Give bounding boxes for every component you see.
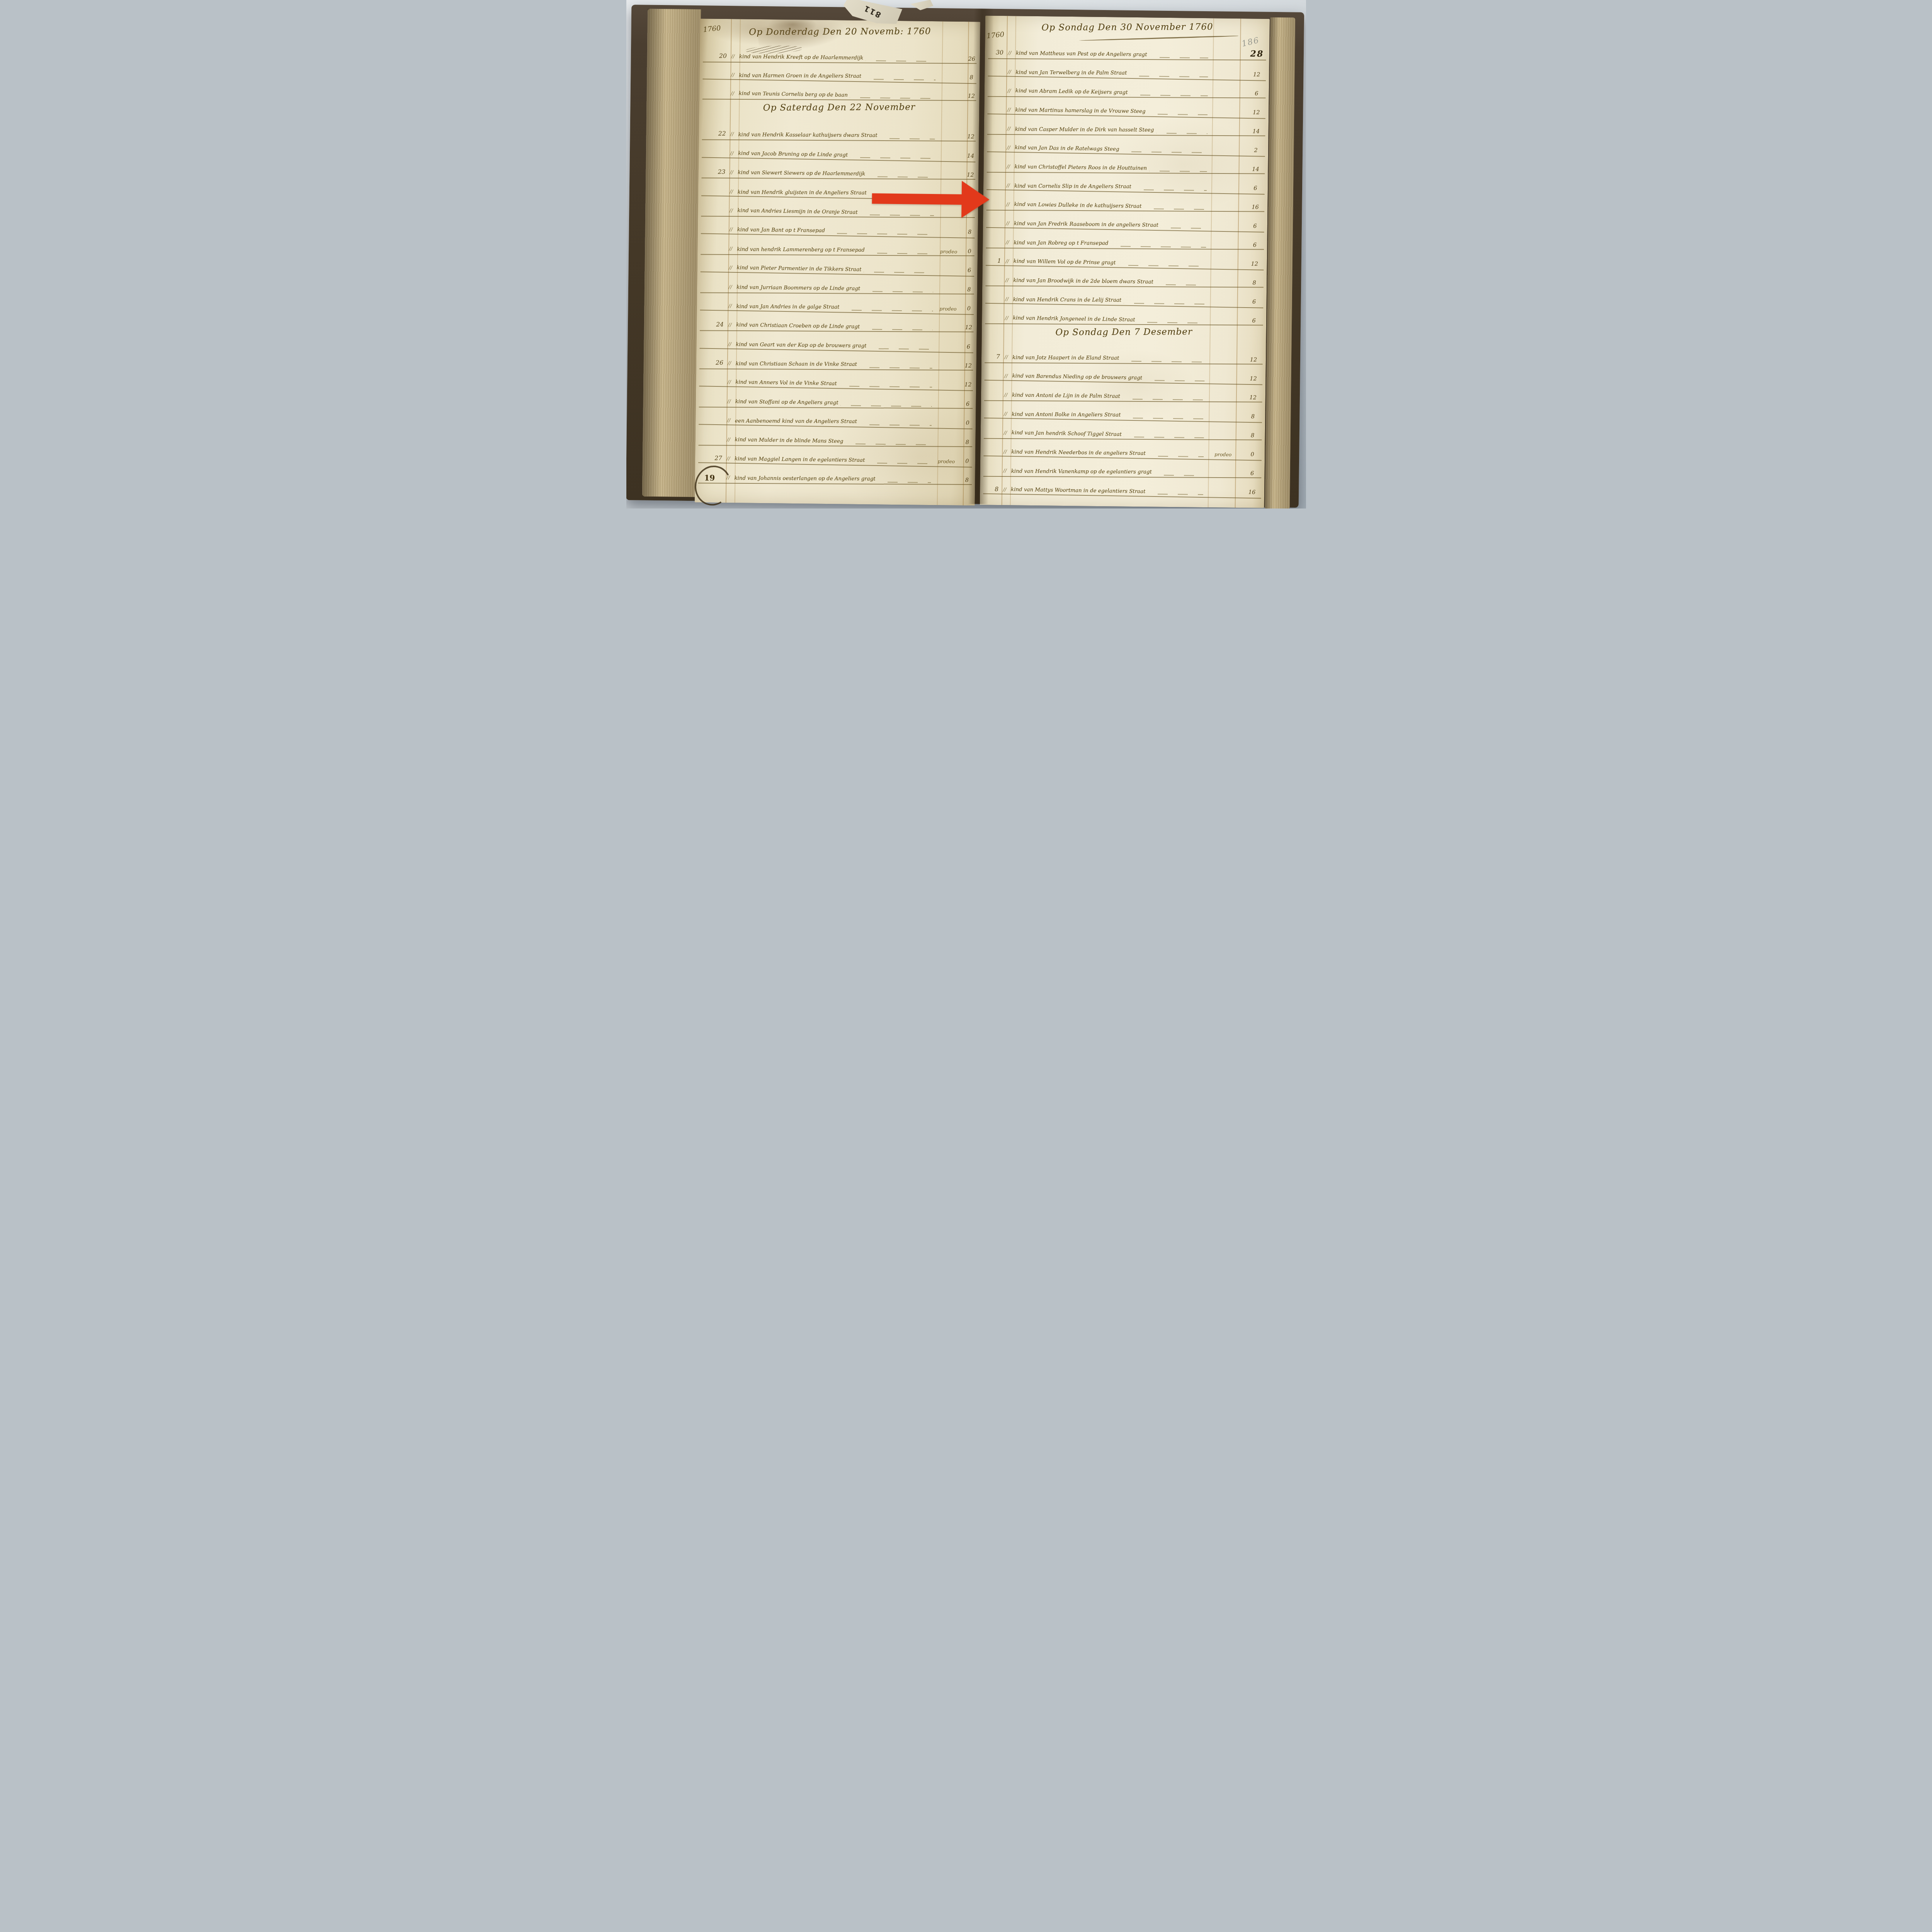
filler-dashes xyxy=(1149,167,1207,172)
entry-day-number xyxy=(695,442,724,443)
entry-day-number: 24 xyxy=(696,321,725,328)
entry-amount: 12 xyxy=(960,325,976,331)
entry-text: kind van Mulder in de blinde Mans Steeg xyxy=(733,437,843,444)
entry-text: kind van Stoffani op de Angeliers gragt xyxy=(733,399,838,406)
entry-fee-note: prodeo xyxy=(935,306,961,312)
register-entry-row: //een Aanbenoemd kind van de Angeliers S… xyxy=(695,407,976,429)
entry-day-number xyxy=(696,404,724,405)
entry-text: kind van Cornelis Slip in de Angeliers S… xyxy=(1013,183,1131,190)
register-entry-row: //kind van Geart van der Kop op de brouw… xyxy=(696,330,977,353)
entry-day-number xyxy=(697,252,726,252)
filler-dashes xyxy=(867,172,934,178)
filler-dashes xyxy=(1129,72,1208,77)
entry-day-number xyxy=(980,473,1000,474)
filler-dashes xyxy=(1121,148,1207,153)
register-entry-row: //kind van Jan Fredrik Raaseboom in de a… xyxy=(983,210,1267,232)
ditto-mark: // xyxy=(1005,50,1014,56)
ditto-mark: // xyxy=(727,170,736,175)
entry-text: kind van Jacob Bruning op de Linde gragt xyxy=(736,150,848,158)
ditto-mark: // xyxy=(725,303,735,309)
entry-text: kind van hendrik Lammerenberg op t Frans… xyxy=(735,247,865,253)
entry-fee-note xyxy=(1210,77,1244,78)
entry-fee-note: prodeo xyxy=(936,248,961,255)
entry-text: kind van Hendrik Crans in de Lelij Straa… xyxy=(1011,297,1121,303)
entry-amount: 0 xyxy=(959,420,976,426)
arrow-head xyxy=(961,181,990,218)
entry-fee-note xyxy=(933,483,959,484)
register-page-left: 1760 Op Donderdag Den 20 Novemb: 176020/… xyxy=(694,19,980,505)
ditto-mark: // xyxy=(724,399,733,405)
entry-amount: 12 xyxy=(963,93,979,99)
filler-dashes xyxy=(1155,281,1206,286)
entry-day-number: 1 xyxy=(982,257,1002,265)
entry-amount: 16 xyxy=(1243,204,1267,211)
entry-day-number: 7 xyxy=(981,353,1001,361)
entry-day-number xyxy=(980,435,1000,436)
entry-amount: 6 xyxy=(1242,299,1266,305)
entry-fee-note xyxy=(1206,495,1240,495)
entry-amount: 0 xyxy=(1240,451,1265,458)
filler-dashes xyxy=(1149,53,1208,58)
ditto-mark: // xyxy=(1003,221,1012,226)
entry-fee-note xyxy=(1207,304,1242,305)
filler-dashes xyxy=(839,382,932,388)
ditto-mark: // xyxy=(1000,487,1009,493)
entry-amount: 6 xyxy=(1242,223,1267,230)
filler-dashes xyxy=(1124,433,1204,438)
entry-amount: 12 xyxy=(1240,395,1265,401)
ditto-mark: // xyxy=(724,379,734,385)
ditto-mark: // xyxy=(725,322,734,328)
ditto-mark: // xyxy=(728,54,737,60)
entry-text: kind van Antoni de Lijn in de Palm Straa… xyxy=(1010,392,1120,399)
entry-day-number xyxy=(984,132,1004,132)
entry-fee-note xyxy=(937,178,962,178)
year-margin-note: 1760 xyxy=(702,24,721,34)
entry-day-number: 8 xyxy=(980,485,1000,493)
entry-amount: 28 xyxy=(1244,49,1269,59)
entry-amount: 12 xyxy=(1244,109,1269,116)
entry-day-number xyxy=(981,417,1001,417)
register-entry-row: //kind van Abram Ledik op de Keijsers gr… xyxy=(984,78,1269,100)
entry-fee-note xyxy=(934,388,960,388)
register-entry-row: //kind van Cornelis Slip in de Angeliers… xyxy=(983,172,1268,194)
entry-amount: 8 xyxy=(961,286,977,293)
entry-amount: 6 xyxy=(1243,185,1267,192)
register-entry-row: //kind van Hendrik Vanenkamp op de egela… xyxy=(980,457,1265,479)
ditto-mark: // xyxy=(725,284,735,290)
ditto-mark: // xyxy=(1000,468,1009,474)
entry-text: kind van Geart van der Kop op de brouwer… xyxy=(734,342,866,349)
entry-fee-note xyxy=(1206,419,1240,420)
ditto-mark: // xyxy=(725,342,734,347)
ditto-mark: // xyxy=(1001,411,1010,417)
entry-text: een Aanbenoemd kind van de Angeliers Str… xyxy=(733,418,857,425)
ditto-mark: // xyxy=(724,437,733,443)
entry-day-number xyxy=(984,94,1004,94)
ditto-mark: // xyxy=(728,72,737,78)
entry-fee-note xyxy=(936,235,961,235)
entry-text: kind van Jan Terwelberg in de Palm Straa… xyxy=(1014,70,1127,76)
entry-amount: 8 xyxy=(959,477,975,483)
entry-amount: 14 xyxy=(962,153,978,159)
ditto-mark: // xyxy=(1004,126,1013,132)
entry-amount: 6 xyxy=(1242,242,1267,248)
entry-text: kind van Christiaan Croeben op de Linde … xyxy=(734,322,860,330)
entry-amount: 14 xyxy=(1243,166,1268,173)
ditto-mark: // xyxy=(1004,88,1014,94)
entry-amount: 6 xyxy=(1244,90,1269,97)
ditto-mark: // xyxy=(726,227,735,233)
entry-amount: 16 xyxy=(1240,489,1264,496)
filler-dashes xyxy=(879,134,935,140)
open-register-book: 1760 Op Donderdag Den 20 Novemb: 176020/… xyxy=(626,5,1304,508)
entry-amount: 8 xyxy=(961,229,978,235)
entry-fee-note xyxy=(1209,134,1243,134)
page-marker-number: 19 xyxy=(704,473,715,482)
register-entry-row: 27//kind van Maggiel Langen in de egelan… xyxy=(695,445,975,468)
ditto-mark: // xyxy=(1005,69,1014,75)
register-entry-row: //kind van Stoffani op de Angeliers grag… xyxy=(696,388,976,410)
filler-dashes xyxy=(850,94,935,99)
register-entry-row: //kind van Jan Broodwijk in de 2de bloem… xyxy=(982,267,1267,289)
register-entry-row: //kind van Jan Bant op t Fransepad8 xyxy=(697,216,978,238)
entry-amount: 6 xyxy=(1242,318,1266,324)
filler-dashes xyxy=(1144,204,1206,210)
entry-text: kind van Abram Ledik op de Keijsers grag… xyxy=(1014,88,1128,96)
filler-dashes xyxy=(1160,224,1206,229)
entry-fee-note xyxy=(934,369,960,369)
filler-dashes xyxy=(845,439,931,445)
filler-dashes xyxy=(862,287,933,293)
entry-text: kind van Hendrik Kasselaar kathuijsers d… xyxy=(736,132,877,139)
entry-day-number xyxy=(981,398,1001,398)
filler-dashes xyxy=(850,153,935,158)
register-entry-row: //kind van hendrik Lammerenberg op t Fra… xyxy=(697,235,978,257)
ditto-mark: // xyxy=(1001,373,1010,379)
entry-amount: 0 xyxy=(959,458,975,464)
register-entry-row: //kind van Anners Vol in de Vinke Straat… xyxy=(696,369,976,391)
register-page-right: 1760 186 Op Sondag Den 30 November 17603… xyxy=(980,16,1269,508)
entry-amount: 12 xyxy=(960,363,976,369)
filler-dashes xyxy=(1148,490,1203,495)
entry-fee-note xyxy=(934,426,959,426)
entry-text: kind van Jan Robreg op t Fransepad xyxy=(1012,240,1108,246)
filler-dashes xyxy=(1137,318,1205,323)
entry-text: kind van Pieter Parmentier in de Tikkers… xyxy=(735,265,861,273)
entry-amount: 12 xyxy=(1242,261,1267,267)
entry-text: kind van Teunis Cornelis berg op de baan xyxy=(737,91,847,98)
entry-fee-note: prodeo xyxy=(1206,451,1240,457)
entry-text: kind van Hendrik Kreeft op de Haarlemmer… xyxy=(737,54,863,61)
entry-day-number: 22 xyxy=(699,130,727,138)
ditto-mark: // xyxy=(724,361,734,366)
entry-amount: 8 xyxy=(1240,432,1265,439)
filler-dashes xyxy=(1148,110,1207,115)
entry-amount: 8 xyxy=(963,75,980,81)
register-entry-row: //kind van Christoffel Pieters Roos in d… xyxy=(983,153,1268,175)
entry-fee-note: prodeo xyxy=(933,458,959,464)
year-margin-note: 1760 xyxy=(986,31,1005,40)
register-entry-row: //kind van Barendus Nieding op de brouwe… xyxy=(981,362,1266,384)
ditto-mark: // xyxy=(1004,145,1013,151)
ditto-mark: // xyxy=(1002,277,1012,283)
register-entry-row: //kind van Harmen Groen in de Angeliers … xyxy=(699,62,980,83)
register-entry-row: //kind van Antoni de Lijn in de Palm Str… xyxy=(981,381,1265,403)
entry-fee-note xyxy=(1208,267,1242,267)
entry-day-number xyxy=(985,75,1005,75)
entry-amount: 12 xyxy=(963,134,979,140)
filler-dashes xyxy=(1145,376,1204,381)
entry-fee-note xyxy=(1210,115,1244,116)
register-entry-row: //kind van Jan Robreg op t Fransepad6 xyxy=(983,229,1267,251)
entry-text: kind van Hendrik Neederbos in de angelie… xyxy=(1010,449,1146,456)
entry-text: kind van Christoffel Pieters Roos in de … xyxy=(1013,164,1147,171)
red-annotation-arrow xyxy=(872,180,990,218)
entry-fee-note xyxy=(937,99,963,99)
entry-day-number xyxy=(696,385,724,386)
entry-text: kind van Hendrik Vanenkamp op de egelant… xyxy=(1009,468,1151,475)
entry-day-number xyxy=(982,302,1002,303)
entry-text: kind van Johannis oesterlangen op de Ang… xyxy=(733,476,875,482)
entry-day-number xyxy=(697,290,725,290)
entry-fee-note xyxy=(1206,438,1240,439)
entry-fee-note xyxy=(935,330,960,331)
ditto-mark: // xyxy=(728,91,737,97)
entry-amount: 12 xyxy=(1241,357,1265,363)
filler-dashes xyxy=(840,401,932,407)
entry-amount: 12 xyxy=(1241,376,1265,382)
section-heading: Op Sondag Den 30 November 1760 xyxy=(985,20,1269,42)
register-entry-row: //kind van Jan hendrik Schoof Tiggel Str… xyxy=(980,419,1265,441)
entry-day-number xyxy=(697,270,726,271)
arrow-shaft xyxy=(872,193,964,205)
ditto-mark: // xyxy=(1002,259,1012,264)
ditto-mark: // xyxy=(1002,315,1011,321)
entry-text: kind van Willem Vol op de Prinse gragt xyxy=(1012,259,1116,266)
entry-day-number xyxy=(696,347,725,347)
entry-fee-note xyxy=(934,445,959,446)
ditto-mark: // xyxy=(726,265,735,271)
section-heading: Op Saterdag Den 22 November xyxy=(699,100,979,123)
register-entry-row: //kind van Jan Andries in de galge Straa… xyxy=(697,293,977,315)
entry-text: kind van Casper Mulder in de Dirk van ha… xyxy=(1013,127,1154,133)
entry-day-number xyxy=(699,78,728,78)
entry-fee-note xyxy=(1208,286,1242,286)
entry-day-number xyxy=(698,156,727,156)
register-entry-row: //kind van Hendrik Crans in de Lelij Str… xyxy=(982,286,1267,308)
filler-dashes xyxy=(867,459,931,464)
entry-amount: 2 xyxy=(1243,147,1268,154)
register-entry-row: //kind van Teunis Cornelis berg op de ba… xyxy=(699,80,979,102)
entry-amount: 8 xyxy=(959,439,975,446)
register-entry-row: 26//kind van Christiaan Schaan in de Vin… xyxy=(696,350,976,372)
entry-day-number xyxy=(984,113,1004,113)
entry-text: kind van Andries Liesmijn in de Oranje S… xyxy=(736,208,858,216)
entry-day-number xyxy=(696,423,724,423)
entry-fee-note xyxy=(934,407,959,407)
entry-amount: 12 xyxy=(960,382,976,388)
entry-day-number xyxy=(984,151,1004,151)
ditto-mark: // xyxy=(1000,430,1010,436)
entry-day-number xyxy=(697,232,726,233)
entry-fee-note xyxy=(935,273,961,274)
register-entry-row: //kind van Lowies Dulleke in de kathuijs… xyxy=(983,191,1268,213)
ditto-mark: // xyxy=(1002,296,1011,302)
entry-day-number xyxy=(698,213,726,214)
entry-amount: 6 xyxy=(959,401,976,407)
entry-text: kind van Jan Fredrik Raaseboom in de ang… xyxy=(1012,221,1158,228)
entry-fee-note xyxy=(1209,172,1243,172)
filler-dashes xyxy=(1118,261,1206,267)
entry-day-number xyxy=(699,96,728,97)
entry-fee-note xyxy=(938,62,963,62)
filler-dashes xyxy=(1111,242,1206,248)
entry-fee-note xyxy=(1206,400,1240,401)
filler-dashes xyxy=(859,363,932,369)
filler-dashes xyxy=(867,249,933,254)
entry-text: kind van Siewert Siewers op de Haarlemme… xyxy=(736,170,865,177)
ditto-mark: // xyxy=(1003,164,1013,170)
entry-text: kind van Jan Das in de Ratelwags Steeg xyxy=(1013,145,1119,152)
ditto-mark: // xyxy=(1003,183,1012,189)
entry-fee-note xyxy=(935,350,960,350)
entry-amount: 8 xyxy=(1242,280,1267,286)
entry-amount: 6 xyxy=(960,344,976,350)
entry-day-number xyxy=(980,454,1000,455)
filler-dashes xyxy=(864,75,935,80)
entry-fee-note xyxy=(1207,381,1241,382)
filler-dashes xyxy=(878,478,931,483)
register-entry-row: //kind van Martinus hamerslag in de Vrou… xyxy=(984,97,1269,119)
register-entry-row: 1//kind van Willem Vol op de Prinse grag… xyxy=(982,248,1267,270)
entry-amount: 12 xyxy=(962,172,978,178)
register-entry-row: //kind van Pieter Parmentier in de Tikke… xyxy=(697,254,978,277)
filler-dashes xyxy=(1122,395,1204,400)
entry-day-number xyxy=(982,321,1002,321)
entry-text: kind van Christiaan Schaan in de Vinke S… xyxy=(734,361,857,367)
entry-text: kind van Anners Vol in de Vinke Straat xyxy=(734,379,837,387)
register-entry-row: 8//kind van Mattys Woortman in de egelan… xyxy=(980,476,1264,498)
entry-day-number: 23 xyxy=(698,168,727,175)
register-entry-row: //kind van Hendrik Jongeneel in de Linde… xyxy=(982,305,1267,327)
entry-fee-note xyxy=(1210,96,1244,97)
entry-fee-note xyxy=(937,159,962,159)
page-stack-fore-edge-left xyxy=(642,9,701,497)
entry-amount: 0 xyxy=(961,306,977,312)
entry-text: kind van Jan Andries in de galge Straat xyxy=(735,304,839,310)
entry-fee-note xyxy=(937,140,963,140)
entry-text: kind van Martinus hamerslag in de Vrouwe… xyxy=(1014,107,1145,114)
entry-fee-note xyxy=(1208,248,1242,248)
ditto-mark: // xyxy=(726,189,736,195)
entry-amount: 12 xyxy=(1244,71,1269,78)
entry-text: kind van Mattys Woortman in de egelantie… xyxy=(1009,487,1146,495)
ditto-mark: // xyxy=(726,246,735,252)
filler-dashes xyxy=(1130,91,1207,96)
filler-dashes xyxy=(864,268,933,273)
ditto-mark: // xyxy=(1001,392,1010,398)
entry-text: kind van Jurriaan Boommers op de Linde g… xyxy=(735,284,860,292)
filler-dashes xyxy=(862,325,933,330)
ditto-mark: // xyxy=(723,456,733,462)
filler-dashes xyxy=(1156,129,1207,134)
register-entry-row: //kind van Jan Terwelberg in de Palm Str… xyxy=(985,59,1269,81)
entry-text: kind van Barendus Nieding op de brouwers… xyxy=(1010,373,1142,381)
ditto-mark: // xyxy=(727,131,736,137)
entry-fee-note xyxy=(1209,210,1243,210)
entry-amount: 6 xyxy=(961,267,977,274)
filler-dashes xyxy=(866,56,935,62)
entry-day-number: 30 xyxy=(985,49,1005,56)
ditto-mark: // xyxy=(727,151,736,156)
register-entry-row: //kind van Johannis oesterlangen op de A… xyxy=(695,464,975,486)
ditto-mark: // xyxy=(1000,449,1010,455)
entry-day-number: 27 xyxy=(695,454,723,462)
entry-amount: 8 xyxy=(1240,413,1265,420)
ditto-mark: // xyxy=(1004,107,1014,113)
ditto-mark: // xyxy=(1003,240,1012,245)
entry-text: kind van Hendrik Jongeneel in de Linde S… xyxy=(1011,315,1135,323)
entry-fee-note xyxy=(1209,191,1243,191)
entry-fee-note xyxy=(1208,229,1242,229)
entry-day-number xyxy=(983,226,1003,227)
register-entry-row: //kind van Jan Das in de Ratelwags Steeg… xyxy=(984,134,1269,156)
entry-text: kind van Jan Bant op t Fransepad xyxy=(735,227,825,234)
entry-day-number: 20 xyxy=(699,52,728,60)
filler-dashes xyxy=(827,229,934,235)
register-entry-row: 23//kind van Siewert Siewers op de Haarl… xyxy=(698,159,979,181)
entry-fee-note xyxy=(1209,153,1243,153)
entry-amount: 14 xyxy=(1243,128,1268,135)
ditto-mark: // xyxy=(726,208,736,214)
section-heading: Op Sondag Den 7 Desember xyxy=(981,325,1266,346)
entry-text: kind van Maggiel Langen in de egelantier… xyxy=(733,456,865,463)
register-entry-row: //kind van Jacob Bruning op de Linde gra… xyxy=(698,140,979,162)
register-entry-row: //kind van Casper Mulder in de Dirk van … xyxy=(984,116,1269,138)
entry-fee-note xyxy=(1206,476,1240,476)
ditto-mark: // xyxy=(1003,202,1012,207)
entry-day-number xyxy=(697,309,725,309)
entry-amount: 26 xyxy=(963,56,980,62)
entry-text: kind van Jan hendrik Schoof Tiggel Straa… xyxy=(1010,430,1121,438)
entry-text: kind van Jan Broodwijk in de 2de bloem d… xyxy=(1012,277,1153,285)
register-entry-row: //kind van Mulder in de blinde Mans Stee… xyxy=(695,426,976,448)
entry-text: kind van Hendrik gluijsten in de Angelie… xyxy=(736,189,866,196)
filler-dashes xyxy=(1133,185,1206,191)
filler-dashes xyxy=(859,420,931,426)
register-entry-row: 20//kind van Hendrik Kreeft op de Haarle… xyxy=(699,43,980,65)
ditto-mark: // xyxy=(1001,354,1010,360)
filler-dashes xyxy=(869,344,932,350)
register-entry-row: 30//kind van Mattheus van Pest op de Ang… xyxy=(985,40,1269,62)
filler-dashes xyxy=(842,306,933,311)
entry-day-number xyxy=(981,379,1001,379)
entry-text: kind van Mattheus van Pest op de Angelie… xyxy=(1014,50,1147,58)
entry-day-number xyxy=(698,194,726,195)
ditto-mark: // xyxy=(724,418,733,423)
entry-day-number: 26 xyxy=(696,359,724,366)
entry-text: kind van Jotz Haapert in de Eland Straat xyxy=(1010,355,1119,361)
photo-of-register-book: 1760 Op Donderdag Den 20 Novemb: 176020/… xyxy=(626,0,1306,509)
entry-fee-note xyxy=(938,80,963,81)
entry-fee-note xyxy=(935,293,961,293)
section-heading: Op Donderdag Den 20 Novemb: 1760 xyxy=(700,24,980,46)
filler-dashes xyxy=(1121,357,1205,362)
ink-scribble-correction xyxy=(745,44,803,54)
entry-text: kind van Harmen Groen in de Angeliers St… xyxy=(737,73,861,79)
left-page-entries: Op Donderdag Den 20 Novemb: 176020//kind… xyxy=(694,19,980,505)
